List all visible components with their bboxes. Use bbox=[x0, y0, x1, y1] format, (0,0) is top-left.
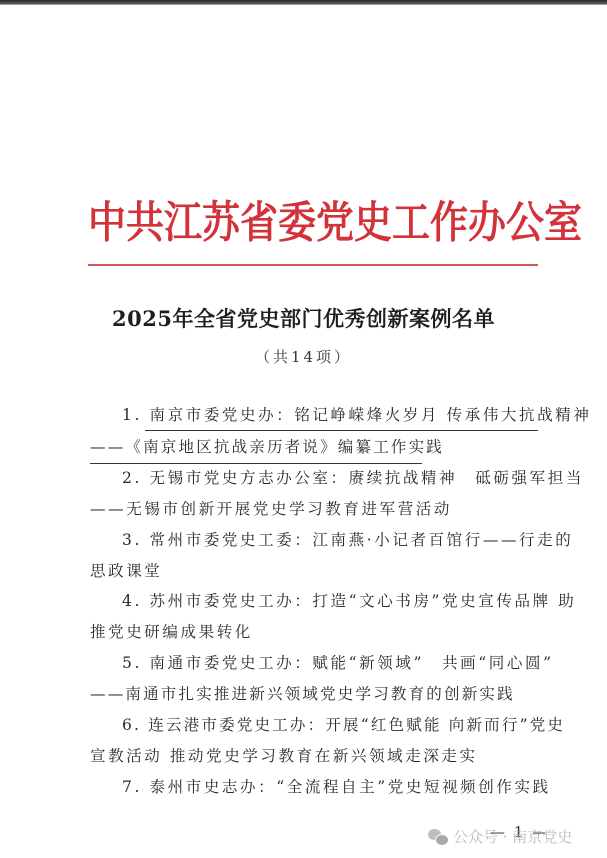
list-item-1-line-2: ——《南京地区抗战亲历者说》编纂工作实践 bbox=[90, 437, 444, 457]
item-count-note: （共14项） bbox=[0, 346, 607, 367]
scan-edge bbox=[0, 0, 607, 5]
list-item-7-line-1: 7. 泰州市史志办：“全流程自主”党史短视频创作实践 bbox=[122, 777, 551, 797]
wechat-icon bbox=[428, 829, 448, 845]
list-item-5-line-1: 5. 南通市委党史工办：赋能“新领域” 共画“同心圆” bbox=[122, 653, 554, 673]
list-item-6-line-1: 6. 连云港市委党史工办：开展“红色赋能 向新而行”党史 bbox=[122, 715, 565, 735]
item-1-underline bbox=[145, 430, 538, 431]
item-1-underline-2 bbox=[90, 463, 422, 464]
watermark-text: 公众号 · 南京党史 bbox=[453, 826, 572, 847]
list-item-2-line-1: 2. 无锡市党史方志办公室：赓续抗战精神 砥砺强军担当 bbox=[122, 468, 584, 488]
list-item-1-line-1: 1. 南京市委党史办：铭记峥嵘烽火岁月 传承伟大抗战精神 bbox=[122, 405, 591, 425]
list-item-6-line-2: 宣教活动 推动党史学习教育在新兴领域走深走实 bbox=[90, 746, 478, 766]
list-item-4-line-1: 4. 苏州市委党史工办：打造“文心书房”党史宣传品牌 助 bbox=[122, 591, 576, 611]
wechat-watermark: 公众号 · 南京党史 bbox=[428, 826, 572, 847]
list-item-4-line-2: 推党史研编成果转化 bbox=[90, 622, 253, 642]
org-header: 中共江苏省委党史工作办公室 bbox=[88, 188, 540, 257]
list-item-5-line-2: ——南通市扎实推进新兴领域党史学习教育的创新实践 bbox=[90, 684, 515, 704]
list-item-2-line-2: ——无锡市创新开展党史学习教育进军营活动 bbox=[90, 499, 452, 519]
list-item-3-line-1: 3. 常州市委党史工委：江南燕·小记者百馆行——行走的 bbox=[122, 530, 573, 550]
list-item-3-line-2: 思政课堂 bbox=[90, 561, 162, 581]
header-divider bbox=[88, 264, 538, 266]
document-title: 2025年全省党史部门优秀创新案例名单 bbox=[0, 303, 607, 333]
